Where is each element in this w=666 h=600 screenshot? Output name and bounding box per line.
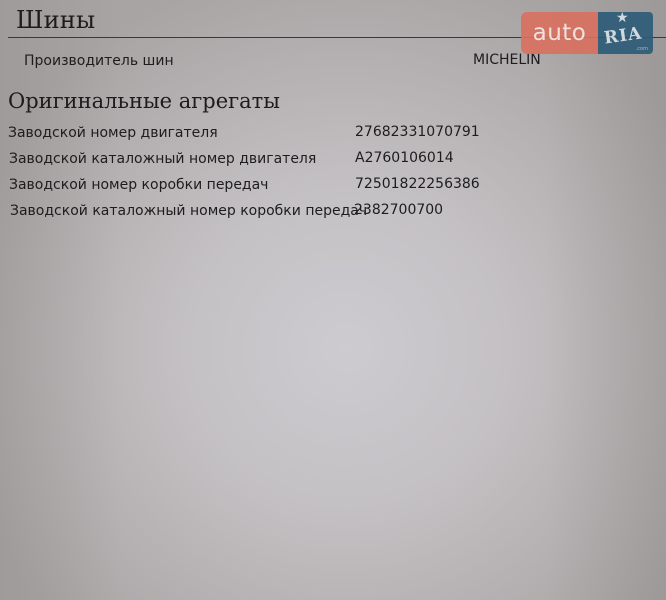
gearbox-catalog-value: 2382700700 — [354, 202, 443, 218]
tire-manufacturer-value: MICHELIN — [473, 52, 541, 68]
gearbox-serial-label: Заводской номер коробки передач — [9, 177, 268, 193]
gearbox-serial-value: 72501822256386 — [355, 176, 480, 192]
engine-catalog-label: Заводской каталожный номер двигателя — [9, 151, 316, 167]
gearbox-catalog-label: Заводской каталожный номер коробки перед… — [10, 203, 367, 219]
watermark-com-text: .com — [636, 46, 648, 52]
autoria-watermark: auto ★ RIA .com — [521, 12, 653, 54]
section-title-tires: Шины — [16, 6, 95, 34]
watermark-ria-badge: ★ RIA .com — [598, 12, 653, 54]
section-title-original-units: Оригинальные агрегаты — [8, 89, 280, 113]
watermark-ria-text: RIA — [603, 23, 644, 48]
engine-catalog-value: A2760106014 — [355, 150, 454, 166]
engine-serial-label: Заводской номер двигателя — [8, 125, 218, 141]
tire-manufacturer-label: Производитель шин — [24, 53, 174, 69]
watermark-auto-badge: auto — [521, 12, 598, 54]
engine-serial-value: 27682331070791 — [355, 124, 480, 140]
